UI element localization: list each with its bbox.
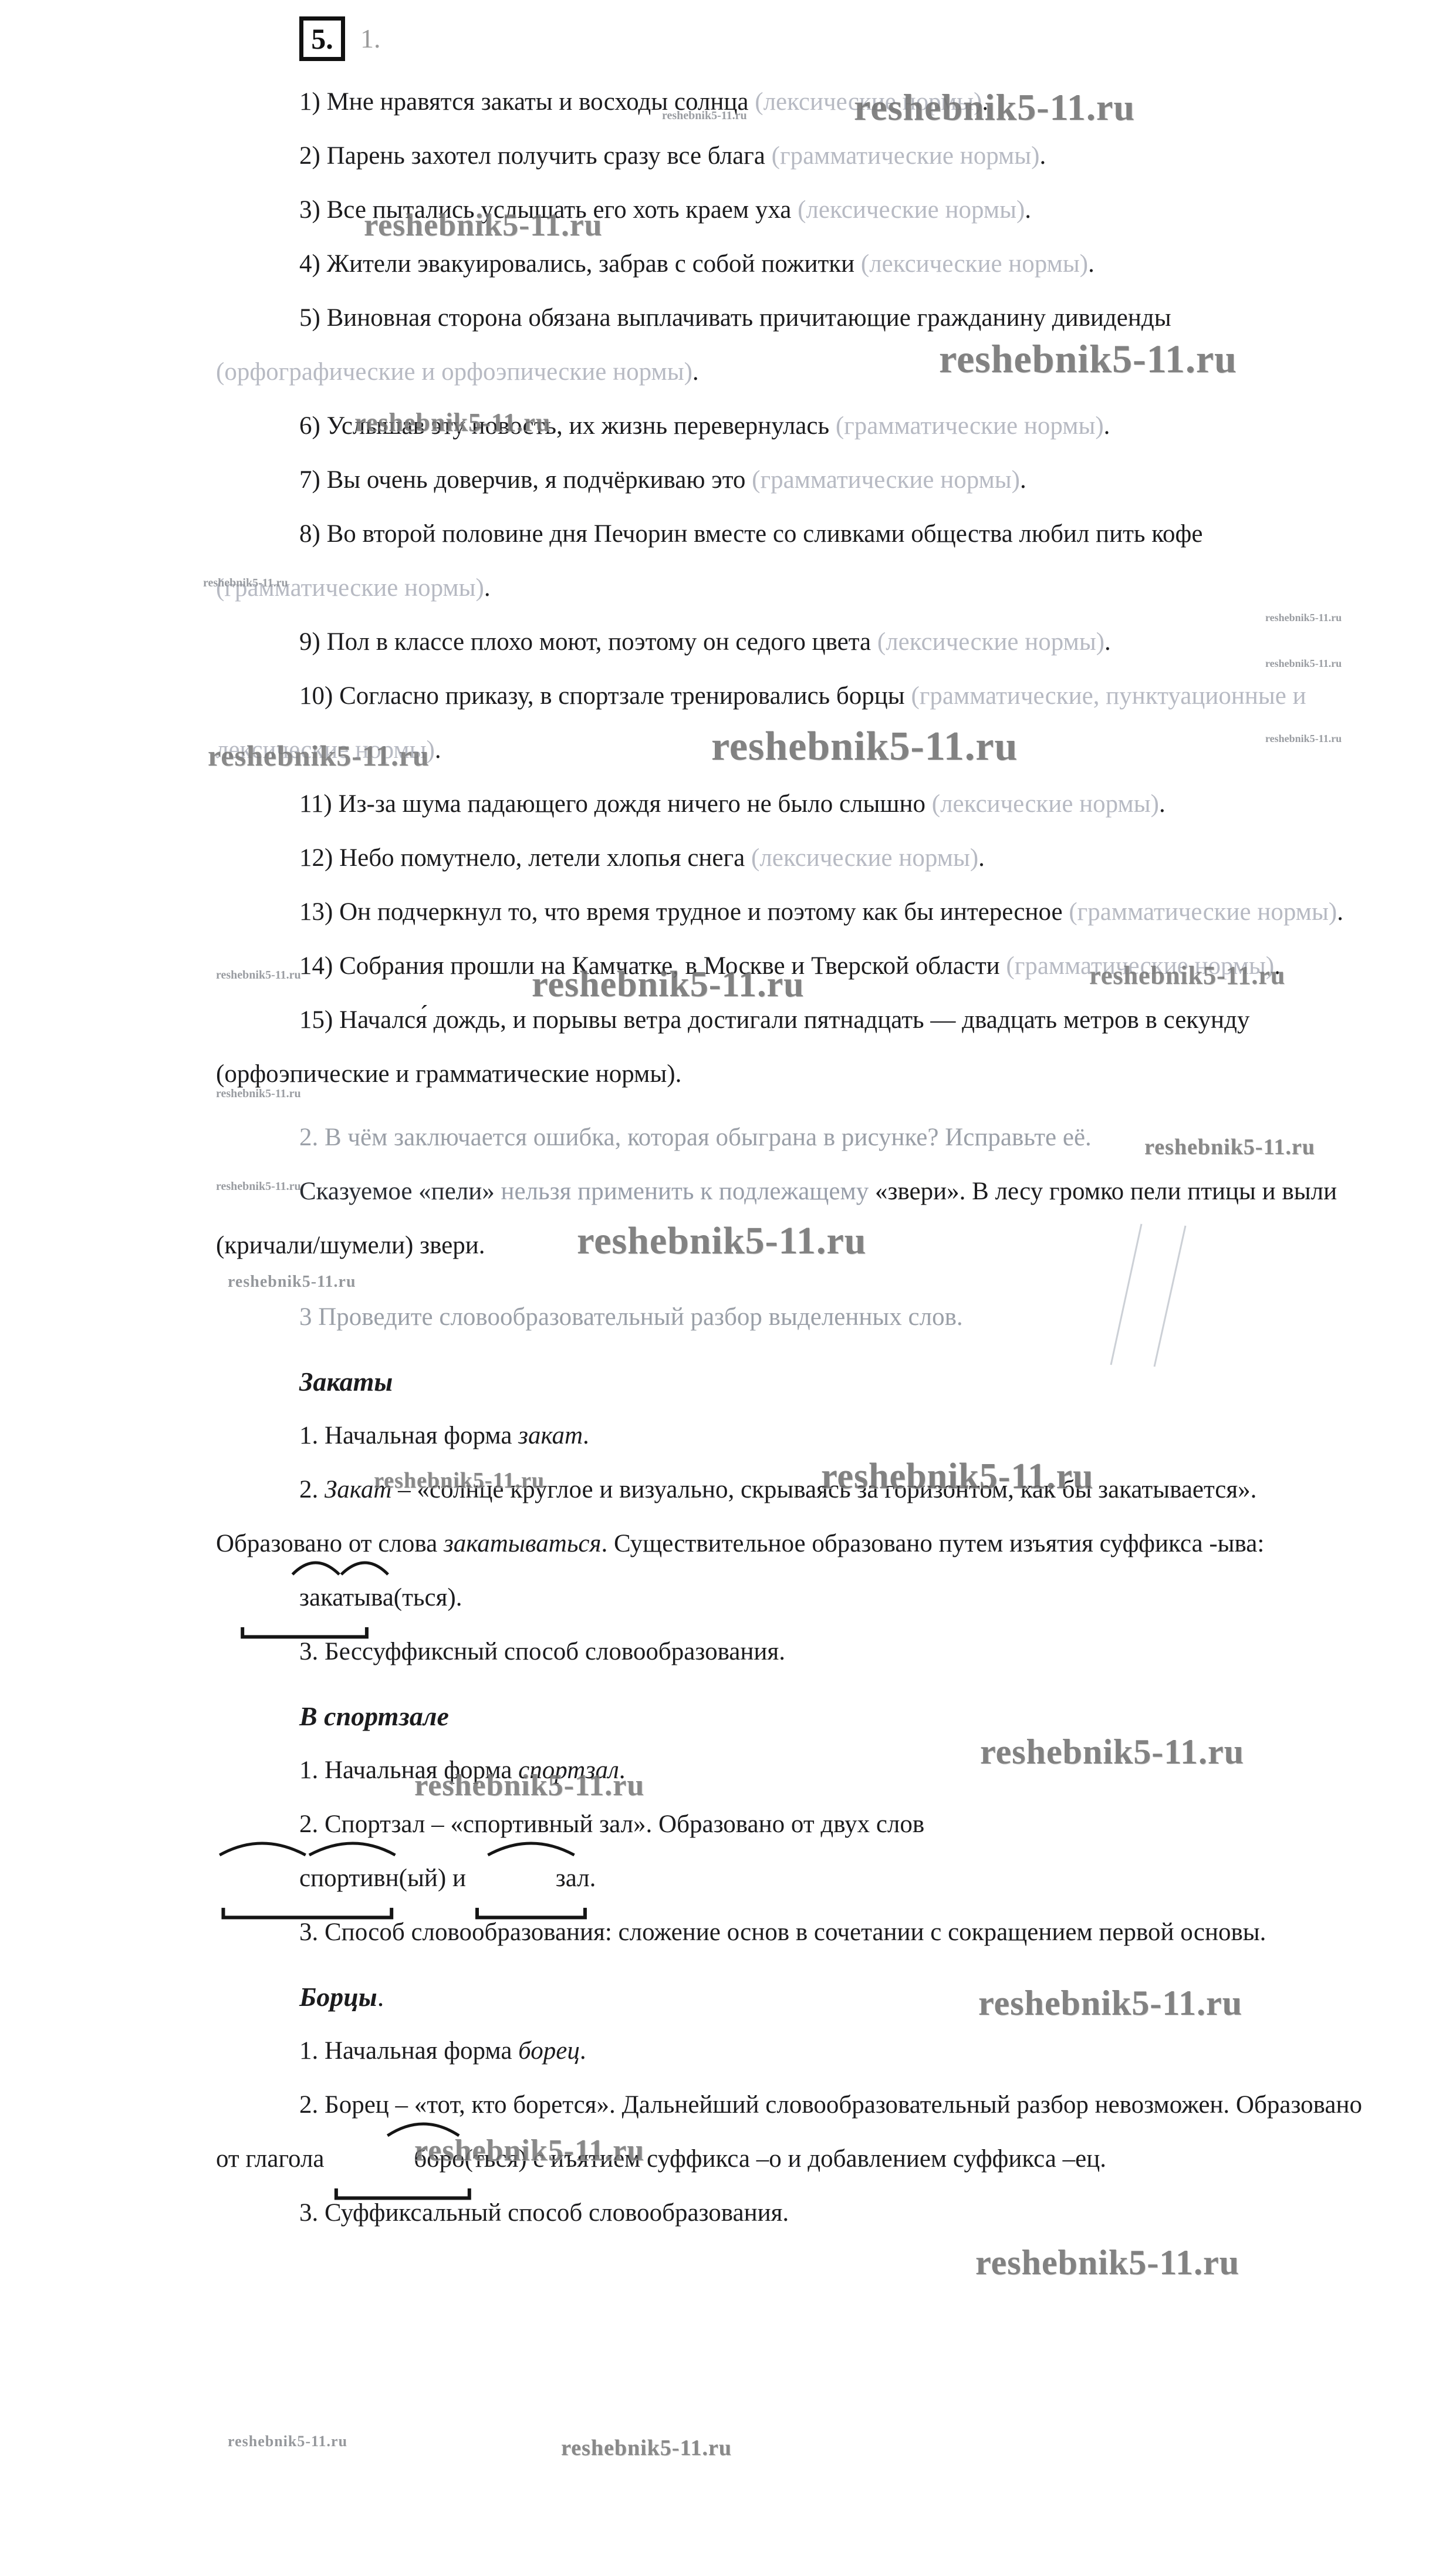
watermark: reshebnik5-11.ru [1265, 612, 1342, 624]
item-text: 11) Из-за шума падающего дождя ничего не… [299, 790, 932, 818]
item-norm: (грамматические нормы) [1069, 898, 1337, 926]
heading-text: Борцы [299, 1982, 377, 2012]
watermark: reshebnik5-11.ru [228, 2433, 347, 2450]
item-tail: . [1088, 250, 1094, 278]
step-text: . [590, 1864, 596, 1892]
zakaty-step-1: 1. Начальная форма закат. [216, 1409, 1366, 1463]
root-bracket-icon [216, 1907, 399, 1920]
watermark: reshebnik5-11.ru [216, 969, 301, 982]
step-text: 1. Начальная форма [299, 2037, 518, 2065]
item-tail: . [1159, 790, 1166, 818]
marked-word-text: спортивн [299, 1864, 399, 1892]
task-number-box: 5. [299, 16, 345, 61]
sentence-item-4: 4) Жители эвакуировались, забрав с собой… [216, 237, 1366, 291]
watermark: reshebnik5-11.ru [364, 207, 603, 243]
step-text: 2. [299, 1476, 325, 1503]
heading-tail: . [377, 1982, 384, 2012]
item-text: 4) Жители эвакуировались, забрав с собой… [299, 250, 861, 278]
item-tail: . [1020, 466, 1026, 494]
item-tail: . [484, 574, 491, 602]
answer-segment: Сказуемое «пели» [299, 1178, 501, 1205]
item-norm: (лексические нормы) [798, 196, 1025, 224]
morpheme-marked-word: спортивн [216, 1852, 399, 1906]
item-text: 7) Вы очень доверчив, я подчёркиваю это [299, 466, 752, 494]
sportzal-step-2: 2. Спортзал – «спортивный зал». Образова… [216, 1798, 1366, 1906]
sentence-item-12: 12) Небо помутнело, летели хлопья снега … [216, 831, 1366, 885]
subtask-number: 1. [360, 12, 381, 66]
watermark: reshebnik5-11.ru [532, 964, 804, 1006]
sketch-slashes-icon [1106, 1221, 1194, 1368]
item-text: 13) Он подчеркнул то, что время трудное … [299, 898, 1069, 926]
step-text: . Существительное образовано путем изъят… [602, 1530, 1265, 1557]
base-form-word: закат [518, 1422, 583, 1449]
item-tail: . [692, 358, 699, 386]
watermark: reshebnik5-11.ru [1089, 960, 1285, 990]
item-tail: . [1337, 898, 1343, 926]
sentence-item-8: 8) Во второй половине дня Печорин вместе… [216, 507, 1366, 615]
item-norm: (лексические нормы) [861, 250, 1088, 278]
item-tail: . [1039, 142, 1046, 170]
item-text: 8) Во второй половине дня Печорин вместе… [299, 520, 1202, 548]
suffix-mark-icon [216, 1839, 399, 1856]
item-text: 9) Пол в классе плохо моют, поэтому он с… [299, 628, 877, 656]
item-norm: (грамматические нормы) [772, 142, 1040, 170]
watermark: reshebnik5-11.ru [978, 1983, 1242, 2024]
sentence-item-2: 2) Парень захотел получить сразу все бла… [216, 129, 1366, 183]
watermark: reshebnik5-11.ru [975, 2242, 1239, 2283]
watermark: reshebnik5-11.ru [216, 1180, 301, 1193]
item-tail: . [1104, 628, 1111, 656]
bortsy-step-1: 1. Начальная форма борец. [216, 2024, 1366, 2078]
step-text: 2. Спортзал – «спортивный зал». Образова… [299, 1810, 924, 1838]
item-norm: (грамматические нормы) [752, 466, 1020, 494]
marked-word-text: зал [556, 1864, 590, 1892]
item-tail: . [978, 844, 985, 872]
watermark: reshebnik5-11.ru [980, 1732, 1244, 1772]
morpheme-marked-word: закатыва [216, 1571, 394, 1625]
step-text: (ться). [394, 1584, 462, 1611]
watermark: reshebnik5-11.ru [228, 1273, 356, 1291]
sentence-item-7: 7) Вы очень доверчив, я подчёркиваю это … [216, 453, 1366, 507]
item-norm: (грамматические нормы) [836, 412, 1104, 440]
source-word: закатываться [444, 1530, 602, 1557]
root-bracket-icon [330, 2187, 475, 2200]
base-form-word: борец [518, 2037, 580, 2065]
item-tail: . [435, 736, 441, 764]
sentence-item-15: 15) Начался́ дождь, и порывы ветра дости… [216, 993, 1366, 1101]
step-text: . [583, 1422, 589, 1449]
step-text: (ый) и [399, 1864, 472, 1892]
item-norm: (лексические нормы) [751, 844, 978, 872]
item-text: 12) Небо помутнело, летели хлопья снега [299, 844, 751, 872]
sentence-item-9: 9) Пол в классе плохо моют, поэтому он с… [216, 615, 1366, 669]
item-norm: (лексические нормы) [877, 628, 1104, 656]
item-norm: (лексические нормы) [932, 790, 1159, 818]
suffix-mark-icon [484, 1839, 578, 1856]
watermark: reshebnik5-11.ru [203, 576, 288, 590]
item-text: 5) Виновная сторона обязана выплачивать … [299, 304, 1171, 332]
watermark: reshebnik5-11.ru [354, 407, 550, 437]
bortsy-step-2: 2. Борец – «тот, кто борется». Дальнейши… [216, 2078, 1366, 2186]
step-text: . [580, 2037, 586, 2065]
sentence-item-1: 1) Мне нравятся закаты и восходы солнца … [216, 75, 1366, 129]
watermark: reshebnik5-11.ru [216, 1087, 301, 1101]
sentence-item-13: 13) Он подчеркнул то, что время трудное … [216, 885, 1366, 939]
root-bracket-icon [472, 1907, 590, 1920]
watermark: reshebnik5-11.ru [1265, 733, 1342, 745]
watermark: reshebnik5-11.ru [577, 1219, 866, 1263]
watermark: reshebnik5-11.ru [414, 1768, 644, 1803]
item-norm: (орфографические и орфоэпические нормы) [216, 358, 692, 386]
watermark: reshebnik5-11.ru [821, 1456, 1093, 1498]
item-text: 2) Парень захотел получить сразу все бла… [299, 142, 772, 170]
sentence-item-11: 11) Из-за шума падающего дождя ничего не… [216, 777, 1366, 831]
step-text: 1. Начальная форма [299, 1422, 518, 1449]
root-bracket-icon [237, 1626, 372, 1639]
watermark: reshebnik5-11.ru [1265, 657, 1342, 670]
watermark: reshebnik5-11.ru [854, 86, 1135, 129]
watermark: reshebnik5-11.ru [662, 109, 747, 123]
morpheme-marked-word: зал [472, 1852, 590, 1906]
marked-word-text: закатыва [299, 1584, 394, 1611]
watermark: reshebnik5-11.ru [374, 1468, 545, 1493]
answer-segment-faded: нельзя применить к подлежащему [501, 1178, 875, 1205]
watermark: reshebnik5-11.ru [711, 723, 1018, 770]
watermark: reshebnik5-11.ru [561, 2435, 732, 2461]
item-text: 10) Согласно приказу, в спортзале тренир… [299, 682, 911, 710]
zakaty-step-3: 3. Бессуффиксный способ словообразования… [216, 1625, 1366, 1679]
item-tail: . [1025, 196, 1031, 224]
item-text: 15) Начался́ дождь, и порывы ветра дости… [216, 1006, 1249, 1088]
watermark: reshebnik5-11.ru [939, 336, 1237, 382]
document-page: reshebnik5-11.ru reshebnik5-11.ru resheb… [0, 0, 1456, 2573]
watermark: reshebnik5-11.ru [414, 2133, 644, 2168]
watermark: reshebnik5-11.ru [208, 738, 430, 773]
suffix-mark-icon [290, 1558, 390, 1576]
item-tail: . [1104, 412, 1110, 440]
watermark: reshebnik5-11.ru [1144, 1134, 1315, 1160]
task-header: 5. 1. [299, 11, 1366, 67]
